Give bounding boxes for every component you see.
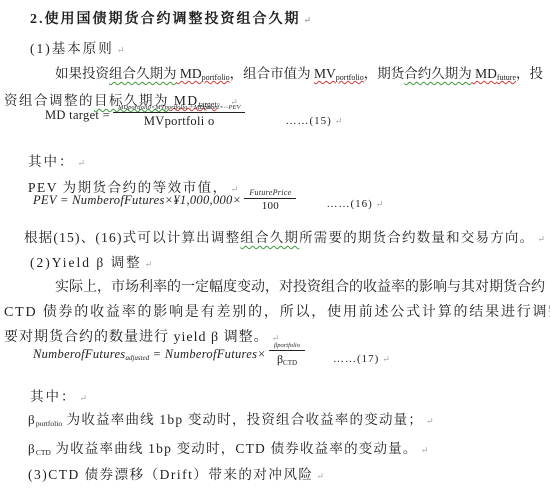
f16-lhs: PEV = NumberofFutures×¥1,000,000× <box>33 193 241 208</box>
paragraph-1-line-1: 如果投资组合久期为 MDportfolio，组合市值为 MVportfolio，… <box>55 62 543 82</box>
p3-line1-text: 实际上，市场利率的一定幅度变动，对投资组合的收益率的影响与其对期货合约 <box>55 280 545 295</box>
paragraph-mark-icon: ↵ <box>382 354 390 364</box>
beta-ctd-definition: βCTD 为收益率曲线 1bp 变动时，CTD 债券收益率的变动量。↵ <box>28 437 428 457</box>
f17-den-sub: CTD <box>283 359 297 367</box>
paragraph-mark-icon: ↵ <box>316 471 324 481</box>
p1-md2-sub: future <box>497 73 516 82</box>
paragraph-mark-icon: ↵ <box>421 445 429 455</box>
f16-number-text: ……(16) <box>326 198 372 210</box>
p2-grammar-underlined: 组合久期 <box>240 230 299 245</box>
paragraph-2: 根据(15)、(16)式可以计算出调整组合久期所需要的期货合约数量和交易方向。↵ <box>24 226 545 246</box>
b1-beta-sub: portfolio <box>36 419 62 428</box>
f17-lhs-text: NumberofFutures <box>33 347 125 361</box>
paragraph-mark-icon: ↵ <box>80 393 88 403</box>
subsection-1-title: (1)基本原则↵ <box>30 37 124 57</box>
paragraph-mark-icon: ↵ <box>117 45 125 55</box>
b1-text: 为收益率曲线 1bp 变动时，投资组合收益率的变动量； <box>62 412 423 427</box>
formula-15: MD target = MDportfolio×MVportfolio＋MDfu… <box>45 102 342 129</box>
f15-number-text: ……(15) <box>285 115 331 127</box>
p1-grammar-underlined: 组合久期为 <box>109 66 177 81</box>
paragraph-mark-icon: ↵ <box>78 158 86 168</box>
beta-portfolio-definition: βportfolio 为收益率曲线 1bp 变动时，投资组合收益率的变动量；↵ <box>28 408 434 428</box>
p1-mv-portfolio: MVportfolio <box>314 66 364 81</box>
p3-line2-text: CTD 债券的收益率的影响是有差别的，所以，使用前述公式计算的结果进行调整时，需 <box>4 305 550 320</box>
p2-text: 所需要的期货合约数量和交易方向。 <box>299 230 534 245</box>
subsection-3-text: (3)CTD 债券漂移（Drift）带来的对冲风险 <box>28 467 313 482</box>
document-page: 2.使用国债期货合约调整投资组合久期↵ (1)基本原则↵ 如果投资组合久期为 M… <box>0 0 550 489</box>
paragraph-mark-icon: ↵ <box>376 199 384 209</box>
f17-number-text: ……(17) <box>333 353 379 365</box>
subsection-3-title: (3)CTD 债券漂移（Drift）带来的对冲风险↵ <box>28 463 324 483</box>
f15-denominator: MVportfoli o <box>113 113 245 129</box>
f17-fraction: βportfolio βCTD <box>269 342 305 367</box>
p1-mv: MV <box>314 66 336 81</box>
b1-beta-symbol: β <box>28 412 36 427</box>
p1-md-portfolio: MDportfolio <box>177 66 230 81</box>
f15-numerator: MDportfolio×MVportfolio＋MDfuture×···PEV <box>113 102 245 113</box>
subsection-2-text: (2)Yield β 调整 <box>30 255 142 270</box>
f17-lhs-sub: adjusted <box>125 354 149 362</box>
f15-number: ……(15)↵ <box>285 115 342 129</box>
subsection-1-text: (1)基本原则 <box>30 41 114 56</box>
paragraph-3-line-1: 实际上，市场利率的一定幅度变动，对投资组合的收益率的影响与其对期货合约 <box>55 276 545 296</box>
p1-md: MD <box>177 66 202 81</box>
p1-text: ，投 <box>516 66 543 81</box>
heading-text: 2.使用国债期货合约调整投资组合久期 <box>30 12 301 27</box>
formula-17: NumberofFuturesadjusted = NumberofFuture… <box>33 342 390 367</box>
among-label-1: 其中：↵ <box>28 150 85 170</box>
f16-number: ……(16)↵ <box>326 198 383 212</box>
p1-text: ，期货 <box>364 66 405 81</box>
f17-numerator: βportfolio <box>269 342 305 351</box>
p1-mv-sub: portfolio <box>336 73 364 82</box>
paragraph-mark-icon: ↵ <box>304 15 312 25</box>
f15-lhs: MD target = <box>45 108 110 123</box>
f17-lhs: NumberofFuturesadjusted = NumberofFuture… <box>33 347 266 362</box>
f17-denominator: βCTD <box>269 351 305 367</box>
b2-beta-symbol: β <box>28 441 36 456</box>
paragraph-mark-icon: ↵ <box>335 116 343 126</box>
f16-denominator: 100 <box>244 199 296 212</box>
f16-numerator: FuturePrice <box>244 188 296 199</box>
f16-fraction: FuturePrice 100 <box>244 188 296 212</box>
p1-md2: MD <box>472 66 497 81</box>
p2-text: 根据(15)、(16)式可以计算出调整 <box>24 230 240 245</box>
formula-16: PEV = NumberofFutures×¥1,000,000× Future… <box>33 188 383 212</box>
p1-md-sub: portfolio <box>202 73 230 82</box>
p1-md-future: MDfuture <box>472 66 516 81</box>
f17-mid-text: = NumberofFutures× <box>153 347 266 361</box>
among-label-2: 其中：↵ <box>30 385 87 405</box>
p1-grammar-underlined: 合约久期为 <box>404 66 472 81</box>
p1-text: ，组合市值为 <box>230 66 314 81</box>
paragraph-mark-icon: ↵ <box>426 416 434 426</box>
b2-beta-sub: CTD <box>36 448 51 457</box>
among-1-text: 其中： <box>28 154 75 169</box>
among-2-text: 其中： <box>30 389 77 404</box>
subsection-2-title: (2)Yield β 调整↵ <box>30 251 152 271</box>
f15-fraction: MDportfolio×MVportfolio＋MDfuture×···PEV … <box>113 102 245 129</box>
f17-number: ……(17)↵ <box>333 353 390 367</box>
p1-text: 如果投资 <box>55 66 109 81</box>
paragraph-3-line-2: CTD 债券的收益率的影响是有差别的，所以，使用前述公式计算的结果进行调整时，需 <box>4 301 550 321</box>
b2-text: 为收益率曲线 1bp 变动时，CTD 债券收益率的变动量。 <box>51 441 418 456</box>
section-heading: 2.使用国债期货合约调整投资组合久期↵ <box>30 8 311 28</box>
paragraph-mark-icon: ↵ <box>145 259 153 269</box>
paragraph-mark-icon: ↵ <box>537 234 545 244</box>
